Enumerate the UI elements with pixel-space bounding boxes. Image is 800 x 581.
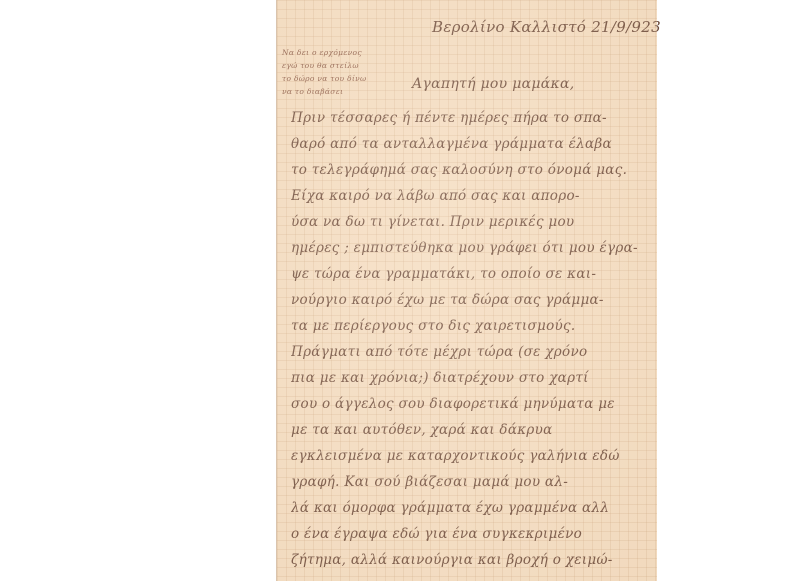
margin-note-line: να το διαβάσει (282, 85, 343, 98)
margin-note-line: εγώ του θα στείλω (282, 59, 359, 72)
body-line: Είχα καιρό να λάβω από σας και απορο- (291, 188, 646, 204)
body-line: ημέρες ; εμπιστεύθηκα μου γράφει ότι μου… (291, 240, 646, 256)
margin-note-line: το δώρο να του δίνω (282, 72, 366, 85)
body-line: ψε τώρα ένα γραμματάκι, το οποίο σε και- (291, 266, 646, 282)
body-line: εγκλεισμένα με καταρχοντικούς γαλήνια εδ… (291, 448, 646, 464)
body-line: ύσα να δω τι γίνεται. Πριν μερικές μου (291, 214, 646, 230)
body-line: θαρό από τα ανταλλαγμένα γράμματα έλαβα (291, 136, 646, 152)
salutation: Αγαπητή μου μαμάκα, (412, 76, 574, 92)
body-line: νούργιο καιρό έχω με τα δώρα σας γράμμα- (291, 292, 646, 308)
body-line: το τελεγράφημά σας καλοσύνη στο όνομά μα… (291, 162, 646, 178)
body-line: ο ένα έγραψα εδώ για ένα συγκεκριμένο (291, 526, 646, 542)
body-line: με τα και αυτόθεν, χαρά και δάκρυα (291, 422, 646, 438)
body-line: γραφή. Και σού βιάζεσαι μαμά μου αλ- (291, 474, 646, 490)
body-line: Πράγματι από τότε μέχρι τώρα (σε χρόνο (291, 344, 646, 360)
body-line: λά και όμορφα γράμματα έχω γραμμένα αλλ (291, 500, 646, 516)
margin-note-line: Να δει ο ερχόμενος (282, 46, 362, 59)
body-line: τα με περίεργους στο δις χαιρετισμούς. (291, 318, 646, 334)
date-line: Βερολίνο Καλλιστό 21/9/923 (432, 18, 661, 36)
body-line: Πριν τέσσαρες ή πέντε ημέρες πήρα το σπα… (291, 110, 646, 126)
body-line: ζήτημα, αλλά καινούργια και βροχή ο χειμ… (291, 552, 646, 568)
body-line: σου ο άγγελος σου διαφορετικά μηνύματα μ… (291, 396, 646, 412)
body-line: πια με και χρόνια;) διατρέχουν στο χαρτί (291, 370, 646, 386)
letter-page: Βερολίνο Καλλιστό 21/9/923 Να δει ο ερχό… (277, 0, 657, 581)
